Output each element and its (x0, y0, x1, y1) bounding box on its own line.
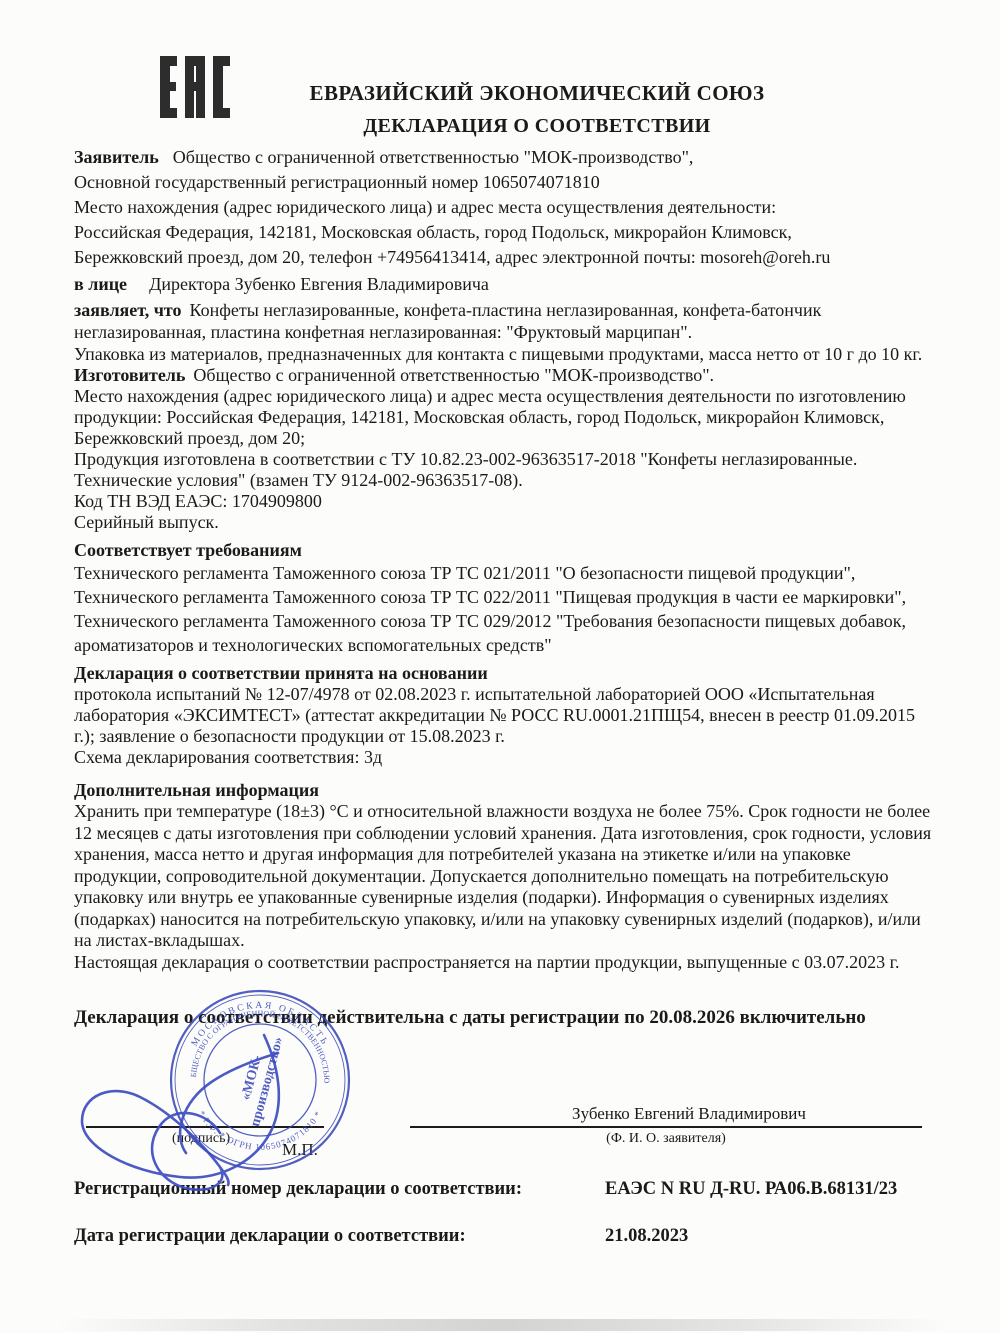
batches-note: Настоящая декларация о соответствии расп… (74, 952, 935, 974)
manufacturer-section: ИзготовительОбщество с ограниченной отве… (74, 365, 935, 533)
page-title: ДЕКЛАРАЦИЯ О СООТВЕТСТВИИ (134, 115, 940, 138)
applicant-ogrn: Основной государственный регистрационный… (74, 170, 935, 195)
registration-date-label: Дата регистрации декларации о соответств… (74, 1223, 605, 1249)
compliance-heading: Соответствует требованиям (74, 539, 935, 561)
registration-number-value: ЕАЭС N RU Д-RU. РА06.В.68131/23 (605, 1176, 935, 1202)
fullname-line (410, 1126, 922, 1128)
additional-info-section: Дополнительная информация Хранить при те… (74, 779, 935, 973)
basis-heading: Декларация о соответствии принята на осн… (74, 662, 935, 684)
additional-text: Хранить при температуре (18±3) °С и отно… (74, 801, 935, 952)
applicant-fullname: Зубенко Евгений Владимирович (410, 1104, 922, 1124)
basis-section: Декларация о соответствии принята на осн… (74, 662, 935, 768)
fullname-caption: (Ф. И. О. заявителя) (410, 1131, 922, 1147)
declaration-scheme: Схема декларирования соответствия: 3д (74, 747, 935, 768)
manufacturer-name: Общество с ограниченной ответственностью… (193, 365, 714, 385)
basis-text: протокола испытаний № 12-07/4978 от 02.0… (74, 684, 935, 747)
declaration-section: заявляет, чтоКонфеты неглазированные, ко… (74, 299, 935, 365)
handwritten-signature (68, 1025, 353, 1195)
representative-label: в лице (74, 274, 127, 294)
scan-edge-shadow (55, 1319, 950, 1331)
applicant-name: Общество с ограниченной ответственностью… (173, 147, 694, 167)
applicant-section: ЗаявительОбщество с ограниченной ответст… (74, 145, 935, 270)
representative-name: Директора Зубенко Евгения Владимировича (149, 274, 489, 294)
applicant-address-intro: Место нахождения (адрес юридического лиц… (74, 195, 935, 220)
registration-date-row: Дата регистрации декларации о соответств… (74, 1223, 935, 1249)
representative-section: в лицеДиректора Зубенко Евгения Владимир… (74, 271, 935, 297)
applicant-address-line2: Бережковский проезд, дом 20, телефон +74… (74, 245, 935, 270)
registration-date-value: 21.08.2023 (605, 1223, 935, 1249)
manufacturer-label: Изготовитель (74, 365, 185, 385)
applicant-name-group: Зубенко Евгений Владимирович (Ф. И. О. з… (410, 1104, 922, 1147)
compliance-section: Соответствует требованиям Технического р… (74, 539, 935, 657)
product-description: Конфеты неглазированные, конфета-пластин… (74, 300, 821, 342)
document-header: ЕВРАЗИЙСКИЙ ЭКОНОМИЧЕСКИЙ СОЮЗ ДЕКЛАРАЦИ… (134, 81, 940, 138)
declaration-document: ЕВРАЗИЙСКИЙ ЭКОНОМИЧЕСКИЙ СОЮЗ ДЕКЛАРАЦИ… (0, 0, 1000, 1333)
applicant-address-line1: Российская Федерация, 142181, Московская… (74, 220, 935, 245)
manufacturer-tu: Продукция изготовлена в соответствии с Т… (74, 449, 935, 491)
declares-label: заявляет, что (74, 300, 182, 320)
additional-heading: Дополнительная информация (74, 779, 935, 801)
tnved-code: Код ТН ВЭД ЕАЭС: 1704909800 (74, 491, 935, 512)
manufacturer-address: Место нахождения (адрес юридического лиц… (74, 386, 935, 449)
serial-issue: Серийный выпуск. (74, 512, 935, 533)
compliance-text: Технического регламента Таможенного союз… (74, 561, 935, 657)
packaging-description: Упаковка из материалов, предназначенных … (74, 343, 935, 365)
union-name: ЕВРАЗИЙСКИЙ ЭКОНОМИЧЕСКИЙ СОЮЗ (134, 81, 940, 106)
applicant-label: Заявитель (74, 147, 159, 167)
